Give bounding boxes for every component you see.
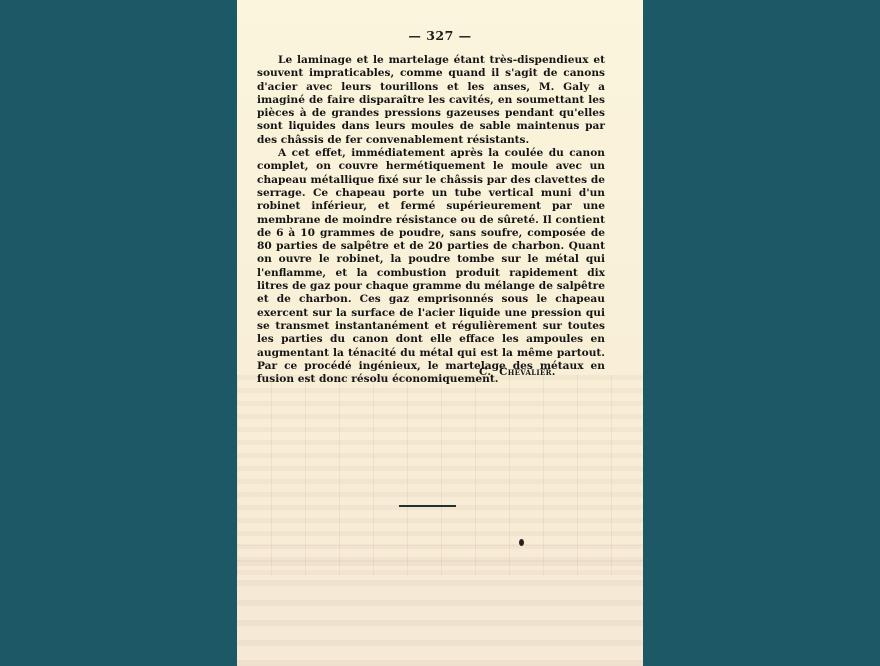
show-through-text (237, 545, 643, 666)
signature: C. Chevalier. (479, 366, 556, 378)
body-text: Le laminage et le martelage étant très-d… (257, 54, 605, 386)
signature-initial: C. (479, 366, 491, 378)
signature-name: Chevalier. (499, 366, 556, 378)
ink-speck (519, 539, 524, 546)
scanned-page: — 327 — Le laminage et le martelage étan… (237, 0, 643, 666)
paragraph: A cet effet, immédiatement après la coul… (257, 147, 605, 386)
page-number: — 327 — (237, 28, 643, 43)
section-divider (399, 505, 456, 507)
paragraph: Le laminage et le martelage étant très-d… (257, 54, 605, 147)
